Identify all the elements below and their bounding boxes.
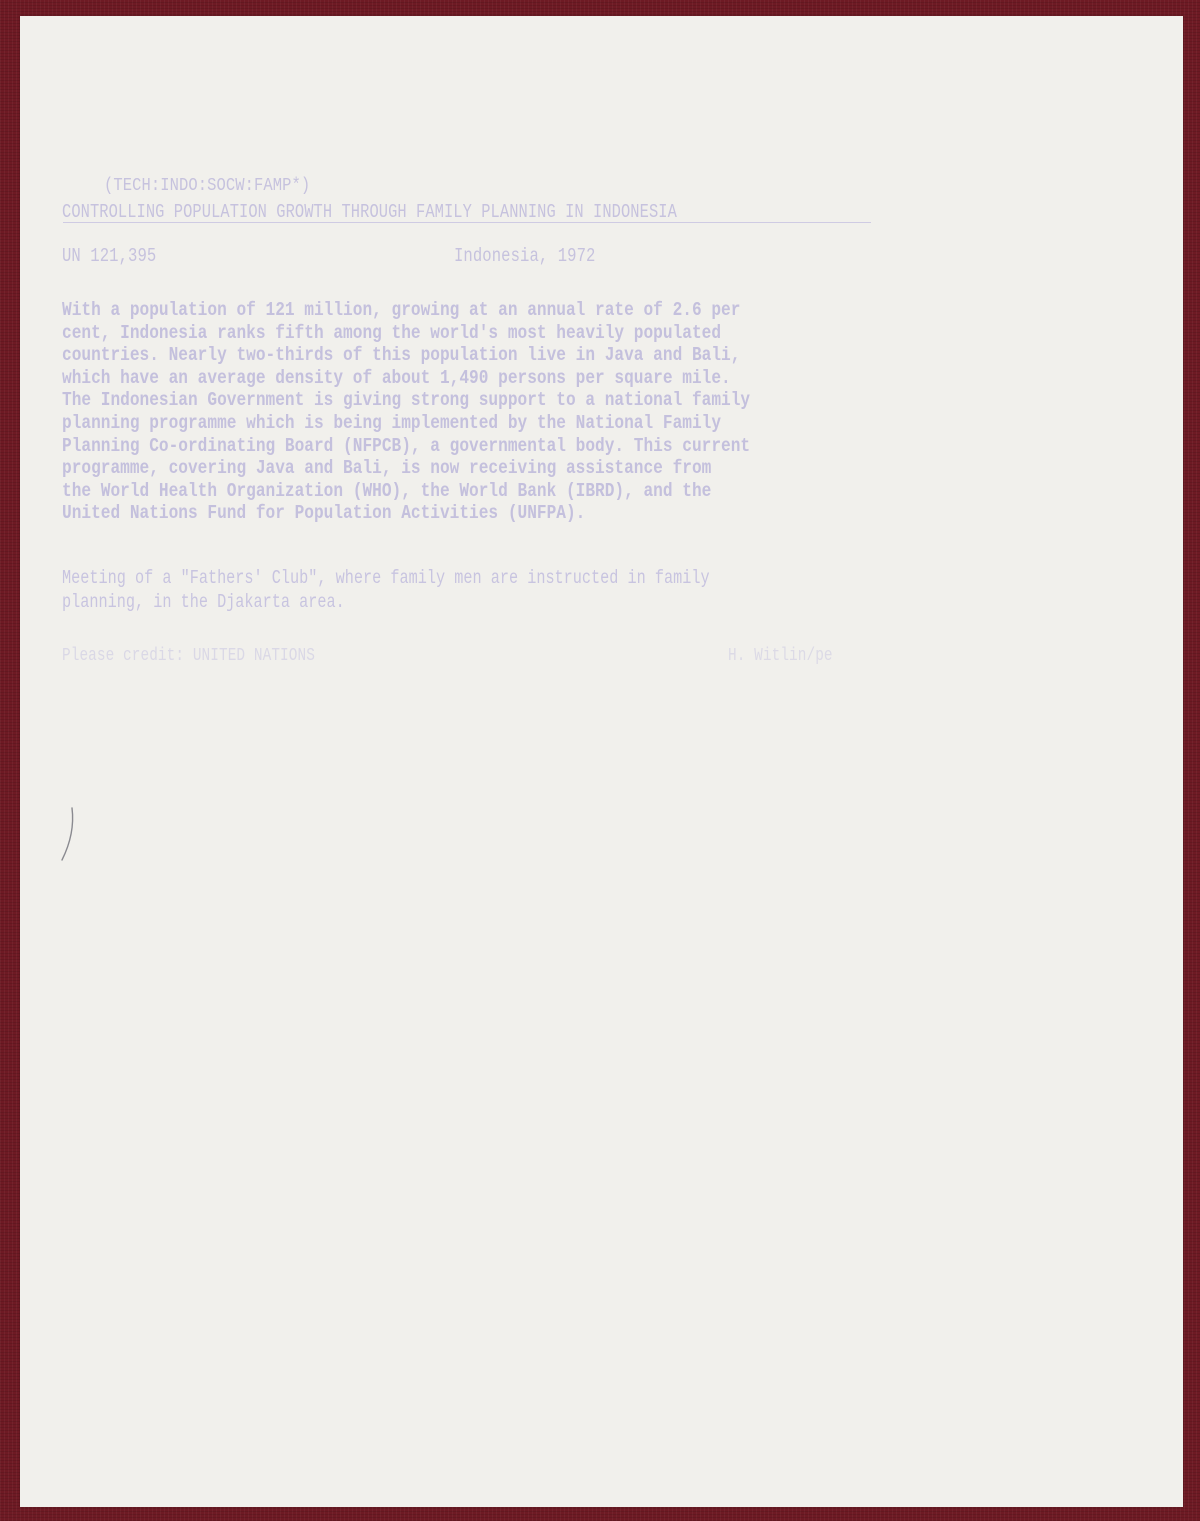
body-line: United Nations Fund for Population Activ…	[62, 502, 750, 525]
photo-reference-number: UN 121,395	[62, 245, 156, 267]
caption-line: Meeting of a "Fathers' Club", where fami…	[62, 566, 710, 590]
subject-code: (TECH:INDO:SOCW:FAMP*)	[104, 176, 310, 196]
body-line: countries. Nearly two-thirds of this pop…	[62, 344, 750, 367]
body-line: cent, Indonesia ranks fifth among the wo…	[62, 322, 750, 345]
body-line: Planning Co-ordinating Board (NFPCB), a …	[62, 435, 750, 458]
body-line: planning programme which is being implem…	[62, 412, 750, 435]
body-line: With a population of 121 million, growin…	[62, 299, 750, 322]
document-page: (TECH:INDO:SOCW:FAMP*) CONTROLLING POPUL…	[20, 16, 1183, 1507]
credit-line: Please credit: UNITED NATIONS	[62, 646, 315, 666]
body-line: programme, covering Java and Bali, is no…	[62, 457, 750, 480]
photo-caption: Meeting of a "Fathers' Club", where fami…	[62, 566, 872, 614]
caption-line: planning, in the Djakarta area.	[62, 590, 710, 614]
place-and-date: Indonesia, 1972	[454, 245, 595, 267]
pencil-mark	[60, 806, 76, 862]
body-paragraph: With a population of 121 million, growin…	[62, 299, 872, 525]
body-line: the World Health Organization (WHO), the…	[62, 480, 750, 503]
document-title: CONTROLLING POPULATION GROWTH THROUGH FA…	[62, 201, 677, 223]
author-initials: H. Witlin/pe	[728, 646, 833, 666]
body-line: The Indonesian Government is giving stro…	[62, 389, 750, 412]
body-line: which have an average density of about 1…	[62, 367, 750, 390]
title-underline	[63, 222, 871, 223]
